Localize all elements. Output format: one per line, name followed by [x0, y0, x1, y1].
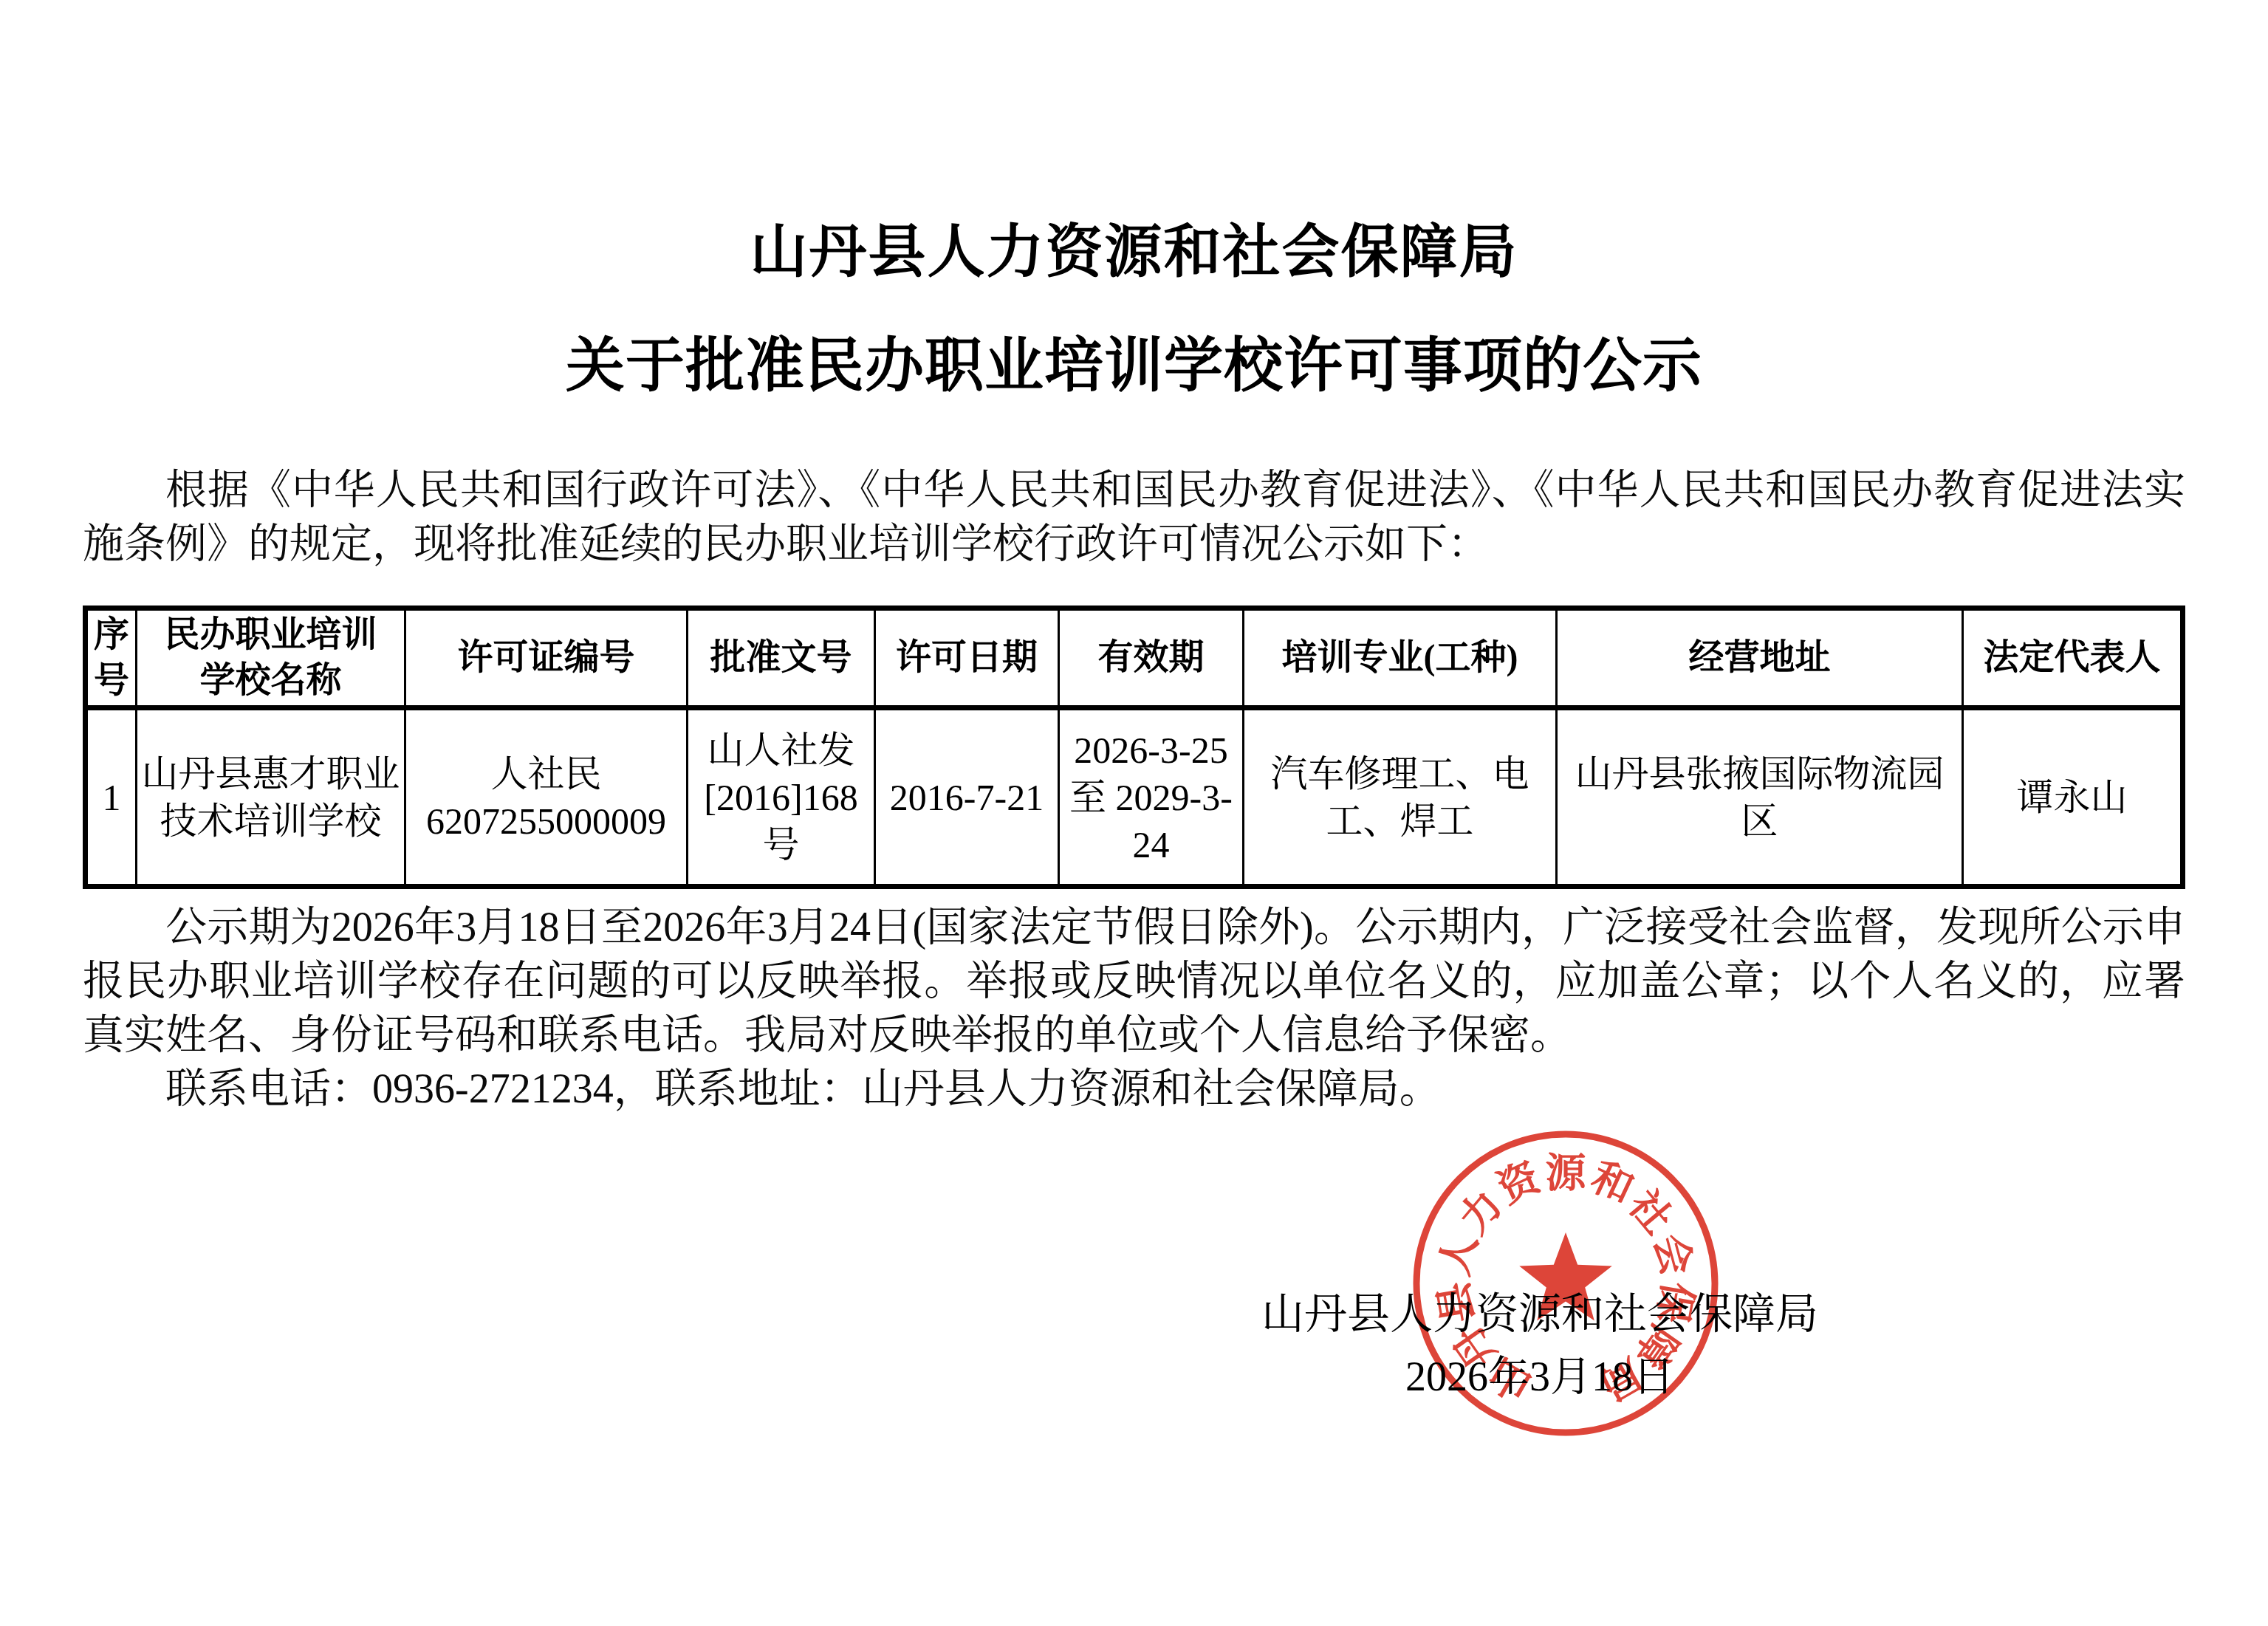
- cell-training-major: 汽车修理工、电工、焊工: [1244, 708, 1557, 887]
- col-header-license-date: 许可日期: [875, 608, 1059, 708]
- col-header-training-major: 培训专业(工种): [1244, 608, 1557, 708]
- cell-legal-representative: 谭永山: [1963, 708, 2183, 887]
- signature-block: 山丹县人力资源和社会保障局 2026年3月18日: [1222, 1291, 1857, 1399]
- cell-validity-period: 2026-3-25 至 2029-3-24: [1059, 708, 1244, 887]
- cell-license-date: 2016-7-21: [875, 708, 1059, 887]
- intro-paragraph: 根据《中华人民共和国行政许可法》、《中华人民共和国民办教育促进法》、《中华人民共…: [83, 464, 2185, 572]
- seal-text-char: 会: [1645, 1229, 1699, 1280]
- announcement-document: 山丹县人力资源和社会保障局 关于批准民办职业培训学校许可事项的公示 根据《中华人…: [0, 0, 2268, 1626]
- document-title-agency: 山丹县人力资源和社会保障局: [0, 219, 2268, 287]
- contact-paragraph: 联系电话：0936-2721234，联系地址：山丹县人力资源和社会保障局。: [83, 1063, 2185, 1116]
- table-header-row: 序号 民办职业培训 学校名称 许可证编号 批准文号 许可日期 有效期 培训专业(…: [86, 608, 2183, 708]
- table-row: 1 山丹县惠才职业技术培训学校 人社民 6207255000009 山人社发 […: [86, 708, 2183, 887]
- cell-business-address: 山丹县张掖国际物流园区: [1557, 708, 1963, 887]
- seal-text-char: 源: [1545, 1150, 1586, 1196]
- col-header-school-name: 民办职业培训 学校名称: [137, 608, 405, 708]
- col-header-validity-period: 有效期: [1059, 608, 1244, 708]
- notice-paragraph: 公示期为2026年3月18日至2026年3月24日(国家法定节假日除外)。公示期…: [83, 901, 2185, 1063]
- signature-date: 2026年3月18日: [1222, 1356, 1857, 1399]
- signature-agency: 山丹县人力资源和社会保障局: [1222, 1291, 1857, 1338]
- col-header-index: 序号: [86, 608, 137, 708]
- col-header-approval-document: 批准文号: [688, 608, 875, 708]
- license-table: 序号 民办职业培训 学校名称 许可证编号 批准文号 许可日期 有效期 培训专业(…: [83, 606, 2185, 889]
- cell-approval-document: 山人社发 [2016]168号: [688, 708, 875, 887]
- col-header-business-address: 经营地址: [1557, 608, 1963, 708]
- col-header-legal-representative: 法定代表人: [1963, 608, 2183, 708]
- cell-license-number: 人社民 6207255000009: [405, 708, 688, 887]
- cell-school-name: 山丹县惠才职业技术培训学校: [137, 708, 405, 887]
- document-title-subject: 关于批准民办职业培训学校许可事项的公示: [0, 331, 2268, 402]
- cell-index: 1: [86, 708, 137, 887]
- col-header-license-number: 许可证编号: [405, 608, 688, 708]
